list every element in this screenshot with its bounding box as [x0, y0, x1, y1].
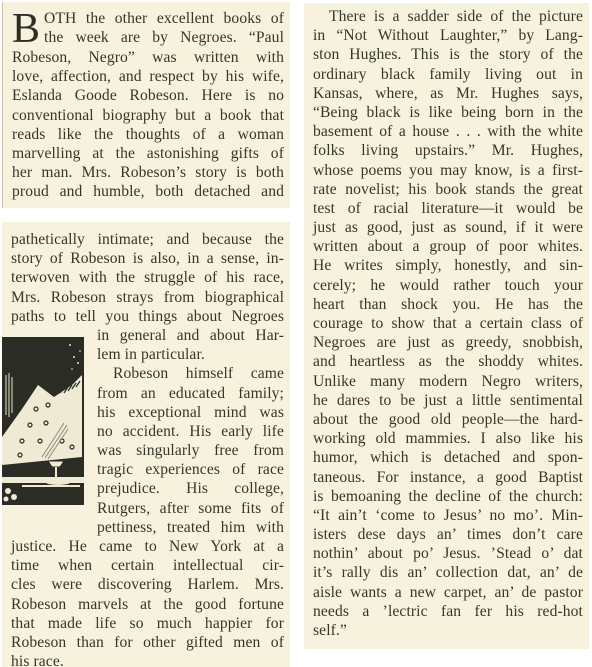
text-line: “Being black is like being born in the: [313, 103, 583, 122]
text-line: cerely; he would rather touch your: [313, 276, 583, 295]
text-line: aisle wants a new carpet, an’ de pastor: [313, 583, 583, 602]
text-line: her man. Mrs. Robeson’s story is both: [12, 163, 284, 182]
text-line: heart than shock you. He has the: [313, 295, 583, 314]
text-line: time when certain intellectual cir-: [11, 556, 284, 575]
text-line: and heartless as the shoddy whites.: [313, 352, 583, 371]
text-line: pettiness, treated him with: [97, 518, 284, 537]
text-line: nothin’ about po’ Jesus. ’Stead o’ dat: [313, 544, 583, 563]
text-line: self.”: [313, 621, 583, 640]
text-line: Unlike many modern Negro writers,: [313, 372, 583, 391]
text-line: marvelling at the astonishing gifts of: [12, 144, 284, 163]
text-line: ordinary black family living out in: [313, 65, 583, 84]
text-line: terwoven with the struggle of his race,: [11, 268, 284, 287]
text-line: justice. He came to New York at a: [11, 537, 284, 556]
text-line: Rutgers, after some fits of: [97, 499, 284, 518]
text-line: that made life so much happier for: [11, 614, 284, 633]
text-line: conventional biography but a book that: [12, 106, 284, 125]
text-line: in general and about Har-: [97, 326, 284, 345]
text-line: OTH the other excellent books of: [12, 9, 284, 28]
text-line: just as good, just as sound, if it were: [313, 218, 583, 237]
text-line: Eslanda Goode Robeson. Here is no: [12, 86, 284, 105]
text-line: love, affection, and respect by his wife…: [12, 67, 284, 86]
text-line: Mrs. Robeson strays from biographical: [11, 288, 284, 307]
text-line: Robeson marvels at the good fortune: [11, 595, 284, 614]
text-line: his exceptional mind was: [97, 403, 284, 422]
text-line: paths to tell you things about Negroes: [11, 307, 284, 326]
text-line: Kansas, where, as Mr. Hughes says,: [313, 84, 583, 103]
text-wrapped-around-illustration: in general and about Har- lem in particu…: [97, 326, 284, 537]
text-line: the week are by Negroes. “Paul: [12, 28, 284, 47]
text-line: test of racial literature—it would be: [313, 199, 583, 218]
text-line: rate novelist; his book stands the great: [313, 180, 583, 199]
text-line: needs a ’lectric fan fer his red-hot: [313, 602, 583, 621]
text-line: pathetically intimate; and because the: [11, 230, 284, 249]
text-line: lem in particular.: [97, 345, 284, 364]
text-line: from an educated family;: [97, 384, 284, 403]
text-line: was singularly free from: [97, 441, 284, 460]
text-line: Robeson than for other gifted men of: [11, 633, 284, 652]
text-line: working old mammies. I also like his: [313, 429, 583, 448]
text-line: written about a group of poor whites.: [313, 237, 583, 256]
text-line: isters dese days an’ times don’t care: [313, 525, 583, 544]
text-line: it’s rally dis an’ collection dat, an’ d…: [313, 563, 583, 582]
text-line: he dares to be just a little sentimental: [313, 391, 583, 410]
text-line: is bemoaning the decline of the church:: [313, 487, 583, 506]
text-line: Negroes are just as greedy, snobbish,: [313, 333, 583, 352]
text-line: ston Hughes. This is the story of the: [313, 45, 583, 64]
text-line: cles were discovering Harlem. Mrs.: [11, 575, 284, 594]
text-line: prejudice. His college,: [97, 479, 284, 498]
text-line: “It ain’t ‘come to Jesus’ no mo’. Min-: [313, 506, 583, 525]
text-line: story of Robeson is also, in a sense, in…: [11, 249, 284, 268]
text-line: basement of a house . . . with the white: [313, 122, 583, 141]
text-line: his race.: [11, 652, 284, 667]
text-line: Robeson, Negro” was written with: [12, 48, 284, 67]
woodcut-illustration: [2, 337, 84, 505]
text-line: There is a sadder side of the picture: [313, 7, 583, 26]
text-line: He writes simply, honestly, and sin-: [313, 256, 583, 275]
text-line: folks living upstairs.” Mr. Hughes,: [313, 141, 583, 160]
opening-paragraph: B OTH the other excellent books of the w…: [12, 9, 284, 47]
text-line: about the good old people—the hard-: [313, 410, 583, 429]
clipping-right: There is a sadder side of the picture in…: [304, 3, 589, 649]
text-line: humor, which is detached and spon-: [313, 448, 583, 467]
text-line: proud and humble, both detached and: [12, 182, 284, 201]
text-line: whose poems you may know, is a first-: [313, 161, 583, 180]
text-line: courage to show that a certain class of: [313, 314, 583, 333]
text-line: reads like the thoughts of a woman: [12, 125, 284, 144]
text-line: tragic experiences of race: [97, 460, 284, 479]
drop-cap: B: [12, 12, 40, 48]
text-line: in “Not Without Laughter,” by Lang-: [313, 26, 583, 45]
text-line: Robeson himself came: [97, 364, 284, 383]
clipping-top-left: B OTH the other excellent books of the w…: [2, 2, 290, 208]
text-line: taneous. For instance, a good Baptist: [313, 468, 583, 487]
text-line: no accident. His early life: [97, 422, 284, 441]
